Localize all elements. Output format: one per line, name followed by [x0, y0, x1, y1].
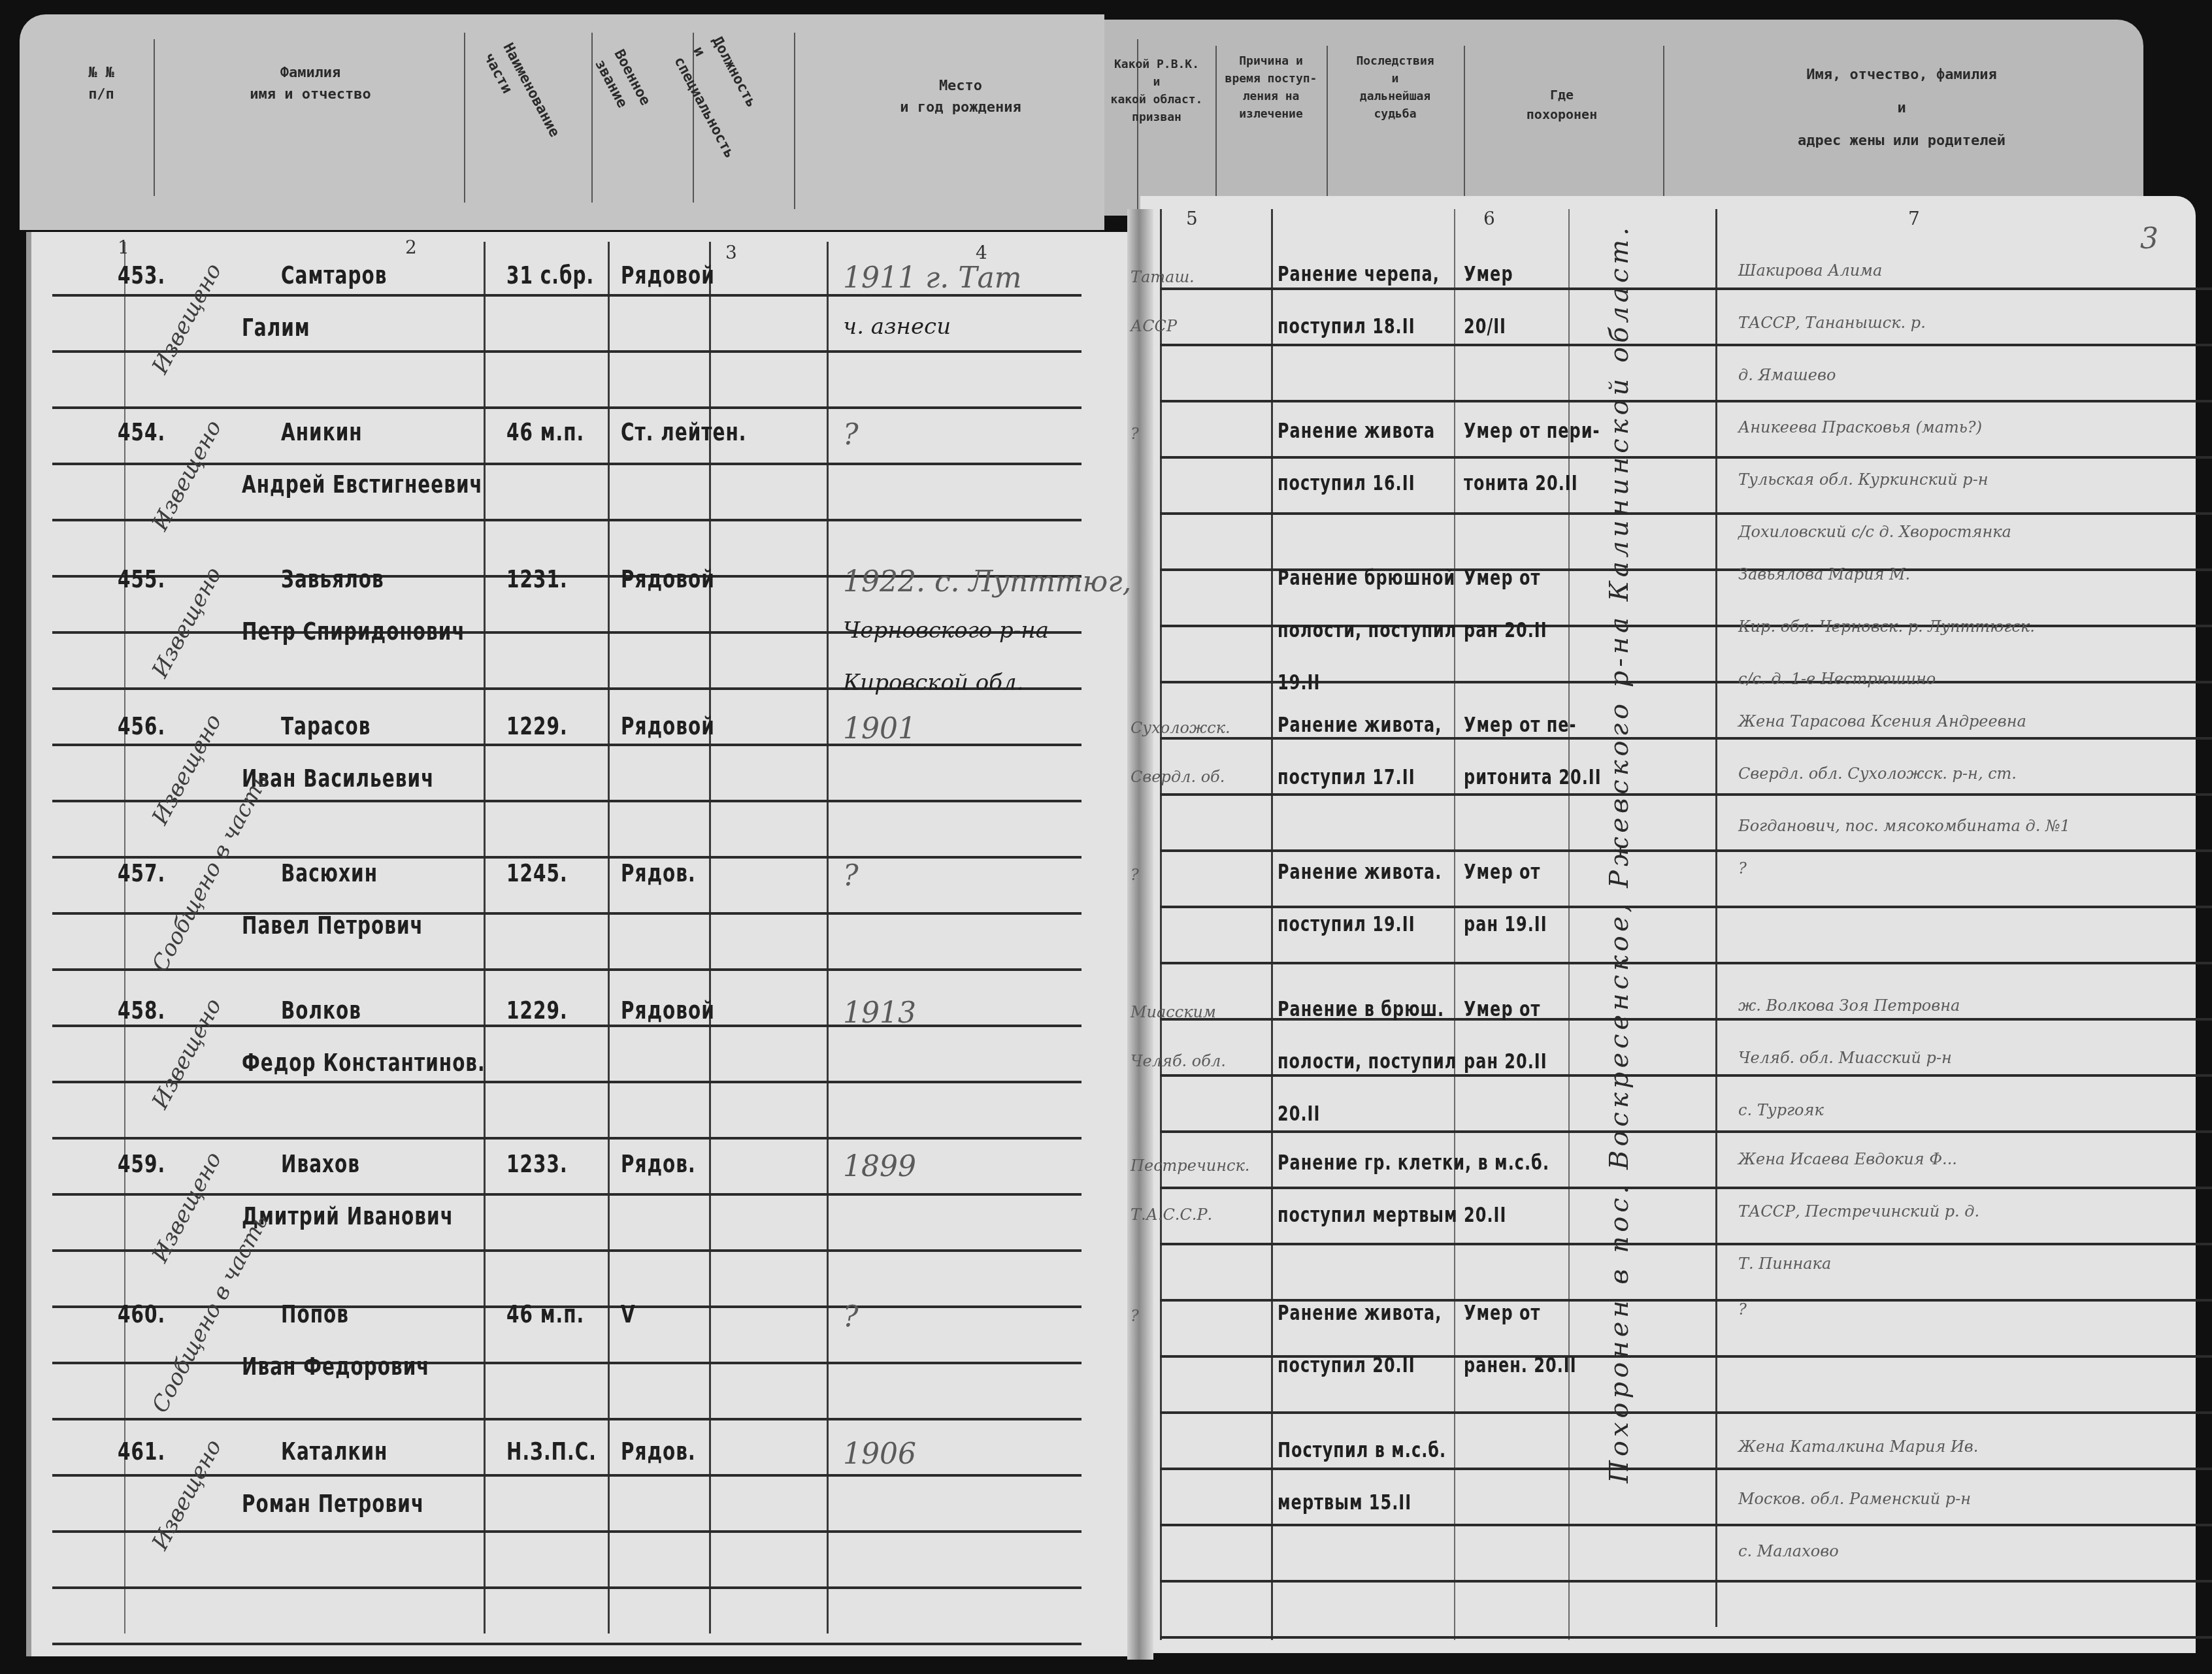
given-names: Галим	[242, 314, 310, 342]
kin-line: Тульская обл. Куркинский р-н	[1738, 470, 1989, 489]
cause-line: Ранение черепа,	[1278, 263, 1440, 286]
ruled-line	[1160, 737, 2212, 740]
ruled-line	[52, 1418, 1081, 1420]
fate-line: 20/II	[1464, 315, 1506, 338]
grid-vline	[124, 242, 125, 1633]
unit: 1229.	[506, 712, 568, 740]
fate-line: ранен. 20.II	[1464, 1354, 1577, 1377]
unit: 31 с.бр.	[506, 261, 594, 289]
birth-line: ?	[843, 1300, 859, 1334]
cause-line: мертвым 15.II	[1278, 1491, 1411, 1515]
fate-line: Умер от	[1464, 566, 1540, 590]
header-divider	[154, 39, 155, 196]
surname: Ивахов	[281, 1150, 360, 1178]
kin-line: ТАССР, Тананышск. р.	[1738, 314, 1926, 332]
kin-line: с. Малахово	[1738, 1542, 1839, 1560]
ruled-line	[52, 519, 1081, 521]
kin-line: Аникеева Прасковья (мать?)	[1738, 418, 1982, 436]
surname: Тарасов	[281, 712, 371, 740]
cause-line: Ранение живота.	[1278, 861, 1442, 884]
cause-line: поступил 19.II	[1278, 913, 1415, 936]
ruled-line	[1160, 1636, 2212, 1639]
fate-line: Умер от пери-	[1464, 419, 1600, 443]
record-number: 455.	[118, 565, 165, 593]
kin-line: д. Ямашево	[1738, 366, 1836, 384]
unit: 1245.	[506, 859, 568, 887]
grid-vline	[1160, 209, 1162, 1640]
kin-line: ?	[1738, 859, 1747, 878]
given-names: Петр Спиридонович	[242, 617, 465, 646]
ruled-line	[52, 1249, 1081, 1252]
header-fate: Последствия и дальнейшая судьба	[1330, 52, 1461, 123]
header-birth: Место и год рождения	[823, 75, 1098, 118]
birth-line: 1899	[843, 1150, 916, 1183]
cause-line: Ранение живота,	[1278, 1302, 1442, 1325]
kin-line: Шакирова Алима	[1738, 261, 1882, 280]
birth-line: Кировской обл.	[843, 670, 1023, 696]
rvk-line: ?	[1131, 1307, 1139, 1325]
cause-line: 20.II	[1278, 1102, 1320, 1126]
grid-vline	[709, 242, 711, 1633]
ruled-line	[52, 1362, 1081, 1364]
cause-line: Ранение живота,	[1278, 714, 1442, 737]
rvk-line: ?	[1131, 866, 1139, 884]
rank: Рядов.	[621, 1150, 696, 1178]
surname: Завьялов	[281, 565, 384, 593]
unit: 46 м.п.	[506, 1300, 584, 1328]
ruled-line	[1160, 1243, 2212, 1245]
rvk-line: Т.А.С.С.Р.	[1131, 1206, 1212, 1224]
ruled-line	[1160, 1130, 2212, 1133]
kin-line: ТАССР, Пестречинский р. д.	[1738, 1202, 1979, 1221]
scanned-register-spread: № № п/п Фамилия имя и отчество Наименова…	[0, 0, 2212, 1674]
ruled-line	[52, 968, 1081, 971]
kin-line: Дохиловский с/с д. Хворостянка	[1738, 523, 2011, 541]
surname: Васюхин	[281, 859, 378, 887]
rank: Рядовой	[621, 712, 715, 740]
header-num: № № п/п	[52, 62, 150, 105]
ruled-line	[1160, 906, 2212, 908]
kin-line: ж. Волкова Зоя Петровна	[1738, 996, 1960, 1015]
given-names: Дмитрий Иванович	[242, 1202, 454, 1230]
cause-line: Ранение живота	[1278, 419, 1435, 443]
ruled-line	[52, 350, 1081, 353]
header-divider	[1327, 46, 1328, 209]
burial-note: Похоронен в пос. Воскресенское, Ржевског…	[1604, 372, 1634, 1483]
birth-line: ч. азнеси	[843, 314, 951, 340]
birth-line: 1922. с. Лупттюг,	[843, 565, 1132, 599]
given-names: Федор Константинов.	[242, 1049, 486, 1077]
rvk-line: АССР	[1131, 317, 1177, 335]
surname: Попов	[281, 1300, 349, 1328]
ruled-line	[52, 1081, 1081, 1083]
ruled-line	[1160, 962, 2212, 964]
ruled-line	[52, 406, 1081, 409]
kin-line: Завьялова Мария М.	[1738, 565, 1910, 583]
cause-line: Ранение брюшной	[1278, 566, 1455, 590]
kin-line: ?	[1738, 1300, 1747, 1319]
header-kin: Имя, отчество, фамилия и адрес жены или …	[1673, 59, 2130, 158]
kin-line: Свердл. обл. Сухоложск. р-н, ст.	[1738, 764, 2017, 783]
cause-line: поступил 20.II	[1278, 1354, 1415, 1377]
cause-line: поступил 18.II	[1278, 315, 1415, 338]
birth-line: ?	[843, 418, 859, 451]
record-number: 454.	[118, 418, 165, 446]
unit: 46 м.п.	[506, 418, 584, 446]
ruled-line	[1160, 287, 2212, 290]
grid-vline	[827, 242, 829, 1633]
header-divider	[1215, 46, 1217, 209]
birth-line: 1911 г. Тат	[843, 261, 1021, 295]
column-number: 4	[976, 242, 987, 263]
given-names: Павел Петрович	[242, 911, 423, 940]
cause-line: поступил 17.II	[1278, 766, 1415, 789]
fate-line: Умер от	[1464, 998, 1540, 1021]
ruled-line	[1160, 1468, 2212, 1470]
fate-line: тонита 20.II	[1464, 472, 1578, 495]
header-divider	[591, 33, 593, 203]
ruled-line	[52, 800, 1081, 802]
kin-line: Жена Тарасова Ксения Андреевна	[1738, 712, 2026, 730]
rvk-line: Пестречинск.	[1131, 1157, 1250, 1175]
kin-line: Богданович, пос. мясокомбината д. №1	[1738, 817, 2070, 835]
ruled-line	[52, 1643, 1081, 1645]
birth-line: 1913	[843, 996, 916, 1030]
grid-vline	[608, 242, 610, 1633]
rank: Рядовой	[621, 996, 715, 1025]
ruled-line	[52, 1530, 1081, 1533]
ruled-line	[52, 912, 1081, 915]
birth-line: 1906	[843, 1437, 916, 1471]
grid-vline	[484, 242, 486, 1633]
kin-line: Челяб. обл. Миасский р-н	[1738, 1049, 1952, 1067]
fate-line: ран 19.II	[1464, 913, 1547, 936]
cause-line: 19.II	[1278, 671, 1320, 695]
grid-vline	[1715, 209, 1717, 1627]
rank: Рядовой	[621, 565, 715, 593]
cause-line: Поступил в м.с.б.	[1278, 1439, 1446, 1462]
rvk-line: Таташ.	[1131, 268, 1195, 286]
fate-line: Умер от пе-	[1464, 714, 1577, 737]
ruled-line	[1160, 1074, 2212, 1077]
cause-line: полости, поступил	[1278, 1050, 1457, 1074]
kin-line: Москов. обл. Раменский р-н	[1738, 1490, 1971, 1508]
record-number: 458.	[118, 996, 165, 1025]
header-rvk: Какой Р.В.К. и какой област. призван	[1101, 56, 1212, 126]
fate-line: Умер от	[1464, 861, 1540, 884]
rank: Рядов.	[621, 859, 696, 887]
record-number: 457.	[118, 859, 165, 887]
rvk-line: ?	[1131, 425, 1139, 443]
given-names: Андрей Евстигнеевич	[242, 470, 483, 499]
cause-line: Ранение гр. клетки, в м.с.б.	[1278, 1151, 1549, 1175]
unit: 1231.	[506, 565, 568, 593]
record-number: 456.	[118, 712, 165, 740]
given-names: Иван Федорович	[242, 1353, 430, 1381]
ruled-line	[1160, 793, 2212, 796]
ruled-line	[1160, 512, 2212, 515]
kin-line: Кир. обл. Черновск. р. Лупттюгск.	[1738, 617, 2035, 636]
given-names: Иван Васильевич	[242, 764, 434, 793]
ruled-line	[1160, 456, 2212, 459]
column-number: 1	[118, 237, 129, 258]
rvk-line: Сухоложск.	[1131, 719, 1230, 737]
rank: Рядовой	[621, 261, 715, 289]
unit: 1229.	[506, 996, 568, 1025]
fate-line: ран 20.II	[1464, 1050, 1547, 1074]
grid-vline	[1271, 209, 1273, 1640]
kin-line: с. Тургояк	[1738, 1101, 1824, 1119]
surname: Аникин	[281, 418, 363, 446]
page-marker: 3	[2140, 222, 2158, 255]
column-number: 6	[1483, 208, 1495, 229]
grid-vline	[1454, 209, 1455, 1640]
rank: Рядов.	[621, 1437, 696, 1466]
birth-line: 1901	[843, 712, 916, 746]
record-number: 453.	[118, 261, 165, 289]
record-number: 461.	[118, 1437, 165, 1466]
rvk-line: Свердл. об.	[1131, 768, 1225, 786]
surname: Волков	[281, 996, 361, 1025]
fate-line: Умер от	[1464, 1302, 1540, 1325]
cause-line: Ранение в брюш.	[1278, 998, 1444, 1021]
cause-line: полости, поступил	[1278, 619, 1457, 642]
kin-line: Жена Исаева Евдокия Ф...	[1738, 1150, 1957, 1168]
unit: 1233.	[506, 1150, 568, 1178]
record-number: 460.	[118, 1300, 165, 1328]
ruled-line	[1160, 400, 2212, 402]
column-number: 7	[1908, 208, 1920, 229]
kin-line: Т. Пиннака	[1738, 1255, 1831, 1273]
ruled-line	[1160, 1411, 2212, 1414]
ruled-line	[1160, 344, 2212, 346]
ruled-line	[1160, 1524, 2212, 1526]
column-number: 3	[725, 242, 737, 263]
ruled-line	[52, 1586, 1081, 1589]
ruled-line	[52, 1137, 1081, 1140]
column-number: 5	[1186, 208, 1198, 229]
header-divider	[1663, 46, 1664, 209]
ruled-line	[1160, 1580, 2212, 1583]
kin-line: Жена Каталкина Мария Ив.	[1738, 1437, 1978, 1456]
kin-line: с/с. д. 1-е Нестрюшино	[1738, 670, 1936, 688]
given-names: Роман Петрович	[242, 1490, 424, 1518]
cause-line: поступил мертвым 20.II	[1278, 1204, 1506, 1227]
header-divider	[1464, 46, 1465, 209]
birth-line: Черновского р-на	[843, 617, 1049, 644]
header-divider	[464, 33, 465, 203]
rvk-line: Челяб. обл.	[1131, 1052, 1226, 1070]
fate-line: ран 20.II	[1464, 619, 1547, 642]
unit: Н.З.П.С.	[506, 1437, 597, 1466]
record-number: 459.	[118, 1150, 165, 1178]
fate-line: ритонита 20.II	[1464, 766, 1602, 789]
surname: Каталкин	[281, 1437, 388, 1466]
ruled-line	[1160, 849, 2212, 852]
header-name: Фамилия имя и отчество	[163, 62, 457, 105]
header-cause: Причина и время поступ- ления на излечен…	[1219, 52, 1323, 123]
ruled-line	[1160, 1187, 2212, 1189]
fate-line: Умер	[1464, 263, 1513, 286]
birth-line: ?	[843, 859, 859, 893]
cause-line: поступил 16.II	[1278, 472, 1415, 495]
surname: Самтаров	[281, 261, 387, 289]
rvk-line: Миасским	[1131, 1003, 1216, 1021]
rank: Ст. лейтен.	[621, 418, 746, 446]
column-number: 2	[405, 237, 417, 258]
rank: V	[621, 1300, 636, 1328]
header-buried: Где похоронен	[1467, 85, 1657, 124]
